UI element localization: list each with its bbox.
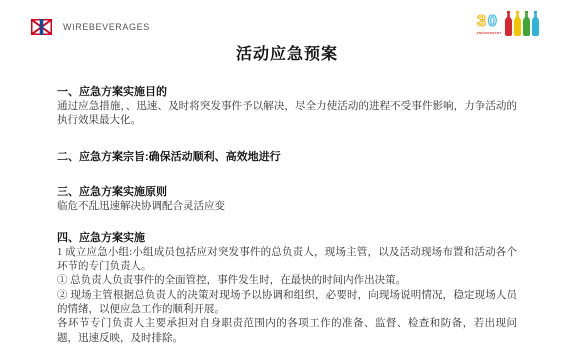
bottles-icon — [505, 11, 539, 36]
bottle-green-icon — [523, 11, 530, 36]
page-title: 活动应急预案 — [57, 46, 517, 64]
section-aim: 二、应急方案宗旨:确保活动顺利、高效地进行 — [57, 150, 517, 164]
anniversary-logo: 3 0 ANNIVERSARY — [476, 11, 539, 36]
anniversary-mark: 3 0 ANNIVERSARY — [476, 11, 502, 35]
bottle-red-icon — [505, 11, 512, 36]
anniversary-digit-3: 3 — [477, 13, 486, 30]
section-paragraph: 临危不乱迅速解决协调配合灵活应变 — [57, 200, 517, 214]
section-paragraph: 各环节专门负责人主要承担对自身职责范围内的各项工作的准备、监督、检查和防备，若出… — [57, 317, 517, 346]
document-page: WIREBEVERAGES 3 0 ANNIVERSARY — [0, 0, 570, 360]
section-principles: 三、应急方案实施原则 临危不乱迅速解决协调配合灵活应变 — [57, 185, 517, 214]
anniversary-number-icon: 3 0 — [476, 11, 502, 31]
document-content: 活动应急预案 一、应急方案实施目的 通过应急措施，、迅速、及时将突发事件予以解决… — [57, 46, 517, 346]
section-purpose: 一、应急方案实施目的 通过应急措施，、迅速、及时将突发事件予以解决，尽全力使活动… — [57, 85, 517, 129]
section-paragraph: 1 成立应急小组:小组成员包括应对突发事件的总负责人，现场主管，以及活动现场布置… — [57, 246, 517, 275]
section-heading: 四、应急方案实施 — [57, 231, 517, 245]
bottle-blue-icon — [532, 11, 539, 36]
brand-name: WIREBEVERAGES — [63, 22, 150, 32]
section-implementation: 四、应急方案实施 1 成立应急小组:小组成员包括应对突发事件的总负责人，现场主管… — [57, 231, 517, 346]
section-heading: 三、应急方案实施原则 — [57, 185, 517, 199]
anniversary-digit-0: 0 — [488, 13, 497, 30]
section-paragraph: 通过应急措施，、迅速、及时将突发事件予以解决，尽全力使活动的进程不受事件影响，力… — [57, 100, 517, 129]
brand-lockup: WIREBEVERAGES — [31, 19, 150, 35]
section-paragraph: ① 总负责人负责事件的全面管控，事件发生时，在最快的时间内作出决策。 — [57, 274, 517, 288]
section-paragraph: ② 现场主管根据总负责人的决策对现场予以协调和组织，必要时，向现场说明情况，稳定… — [57, 289, 517, 318]
anniversary-label: ANNIVERSARY — [476, 31, 501, 35]
swire-flag-icon — [31, 19, 52, 35]
section-heading: 二、应急方案宗旨:确保活动顺利、高效地进行 — [57, 150, 517, 164]
section-heading: 一、应急方案实施目的 — [57, 85, 517, 99]
bottle-yellow-icon — [514, 11, 521, 36]
